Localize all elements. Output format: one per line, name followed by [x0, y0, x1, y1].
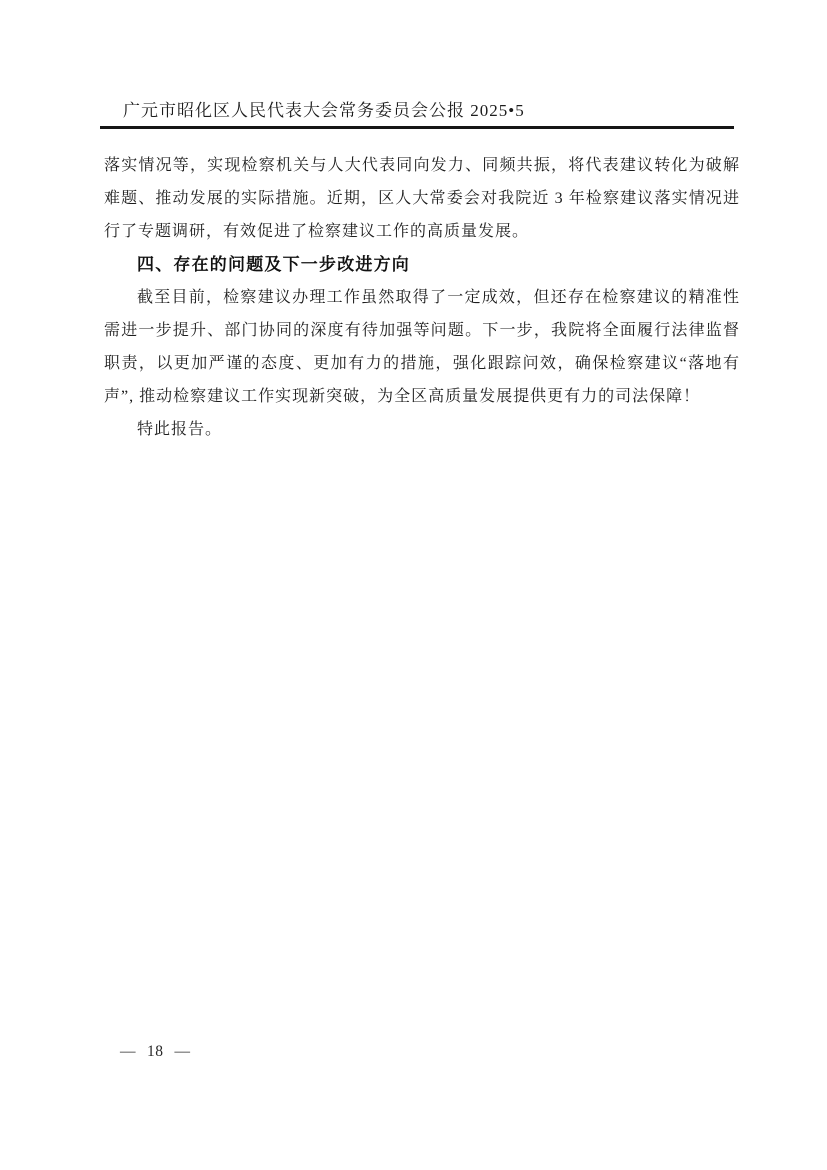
paragraph2-line-3: 职责，以更加严谨的态度、更加有力的措施，强化跟踪问效，确保检察建议“落地有: [104, 347, 740, 380]
paragraph2-line-1: 截至目前，检察建议办理工作虽然取得了一定成效，但还存在检察建议的精准性: [104, 281, 740, 314]
paragraph1-line-3: 行了专题调研，有效促进了检察建议工作的高质量发展。: [104, 215, 740, 248]
document-page: 广元市昭化区人民代表大会常务委员会公报 2025•5 落实情况等，实现检察机关与…: [0, 0, 827, 1170]
header-divider-rule: [100, 126, 734, 129]
page-number: — 18 —: [120, 1043, 191, 1061]
section-heading: 四、存在的问题及下一步改进方向: [104, 248, 740, 281]
page-number-left-dash: —: [120, 1043, 136, 1061]
paragraph2-line-4: 声”, 推动检察建议工作实现新突破，为全区高质量发展提供更有力的司法保障！: [104, 380, 740, 413]
paragraph1-line-2: 难题、推动发展的实际措施。近期，区人大常委会对我院近 3 年检察建议落实情况进: [104, 182, 740, 215]
closing-line: 特此报告。: [104, 413, 740, 446]
page-number-right-dash: —: [175, 1043, 191, 1061]
paragraph2-line-2: 需进一步提升、部门协同的深度有待加强等问题。下一步，我院将全面履行法律监督: [104, 314, 740, 347]
paragraph1-line-1: 落实情况等，实现检察机关与人大代表同向发力、同频共振，将代表建议转化为破解: [104, 149, 740, 182]
document-body: 落实情况等，实现检察机关与人大代表同向发力、同频共振，将代表建议转化为破解 难题…: [104, 149, 740, 446]
gazette-header-title: 广元市昭化区人民代表大会常务委员会公报 2025•5: [123, 99, 525, 123]
page-number-value: 18: [147, 1043, 164, 1061]
